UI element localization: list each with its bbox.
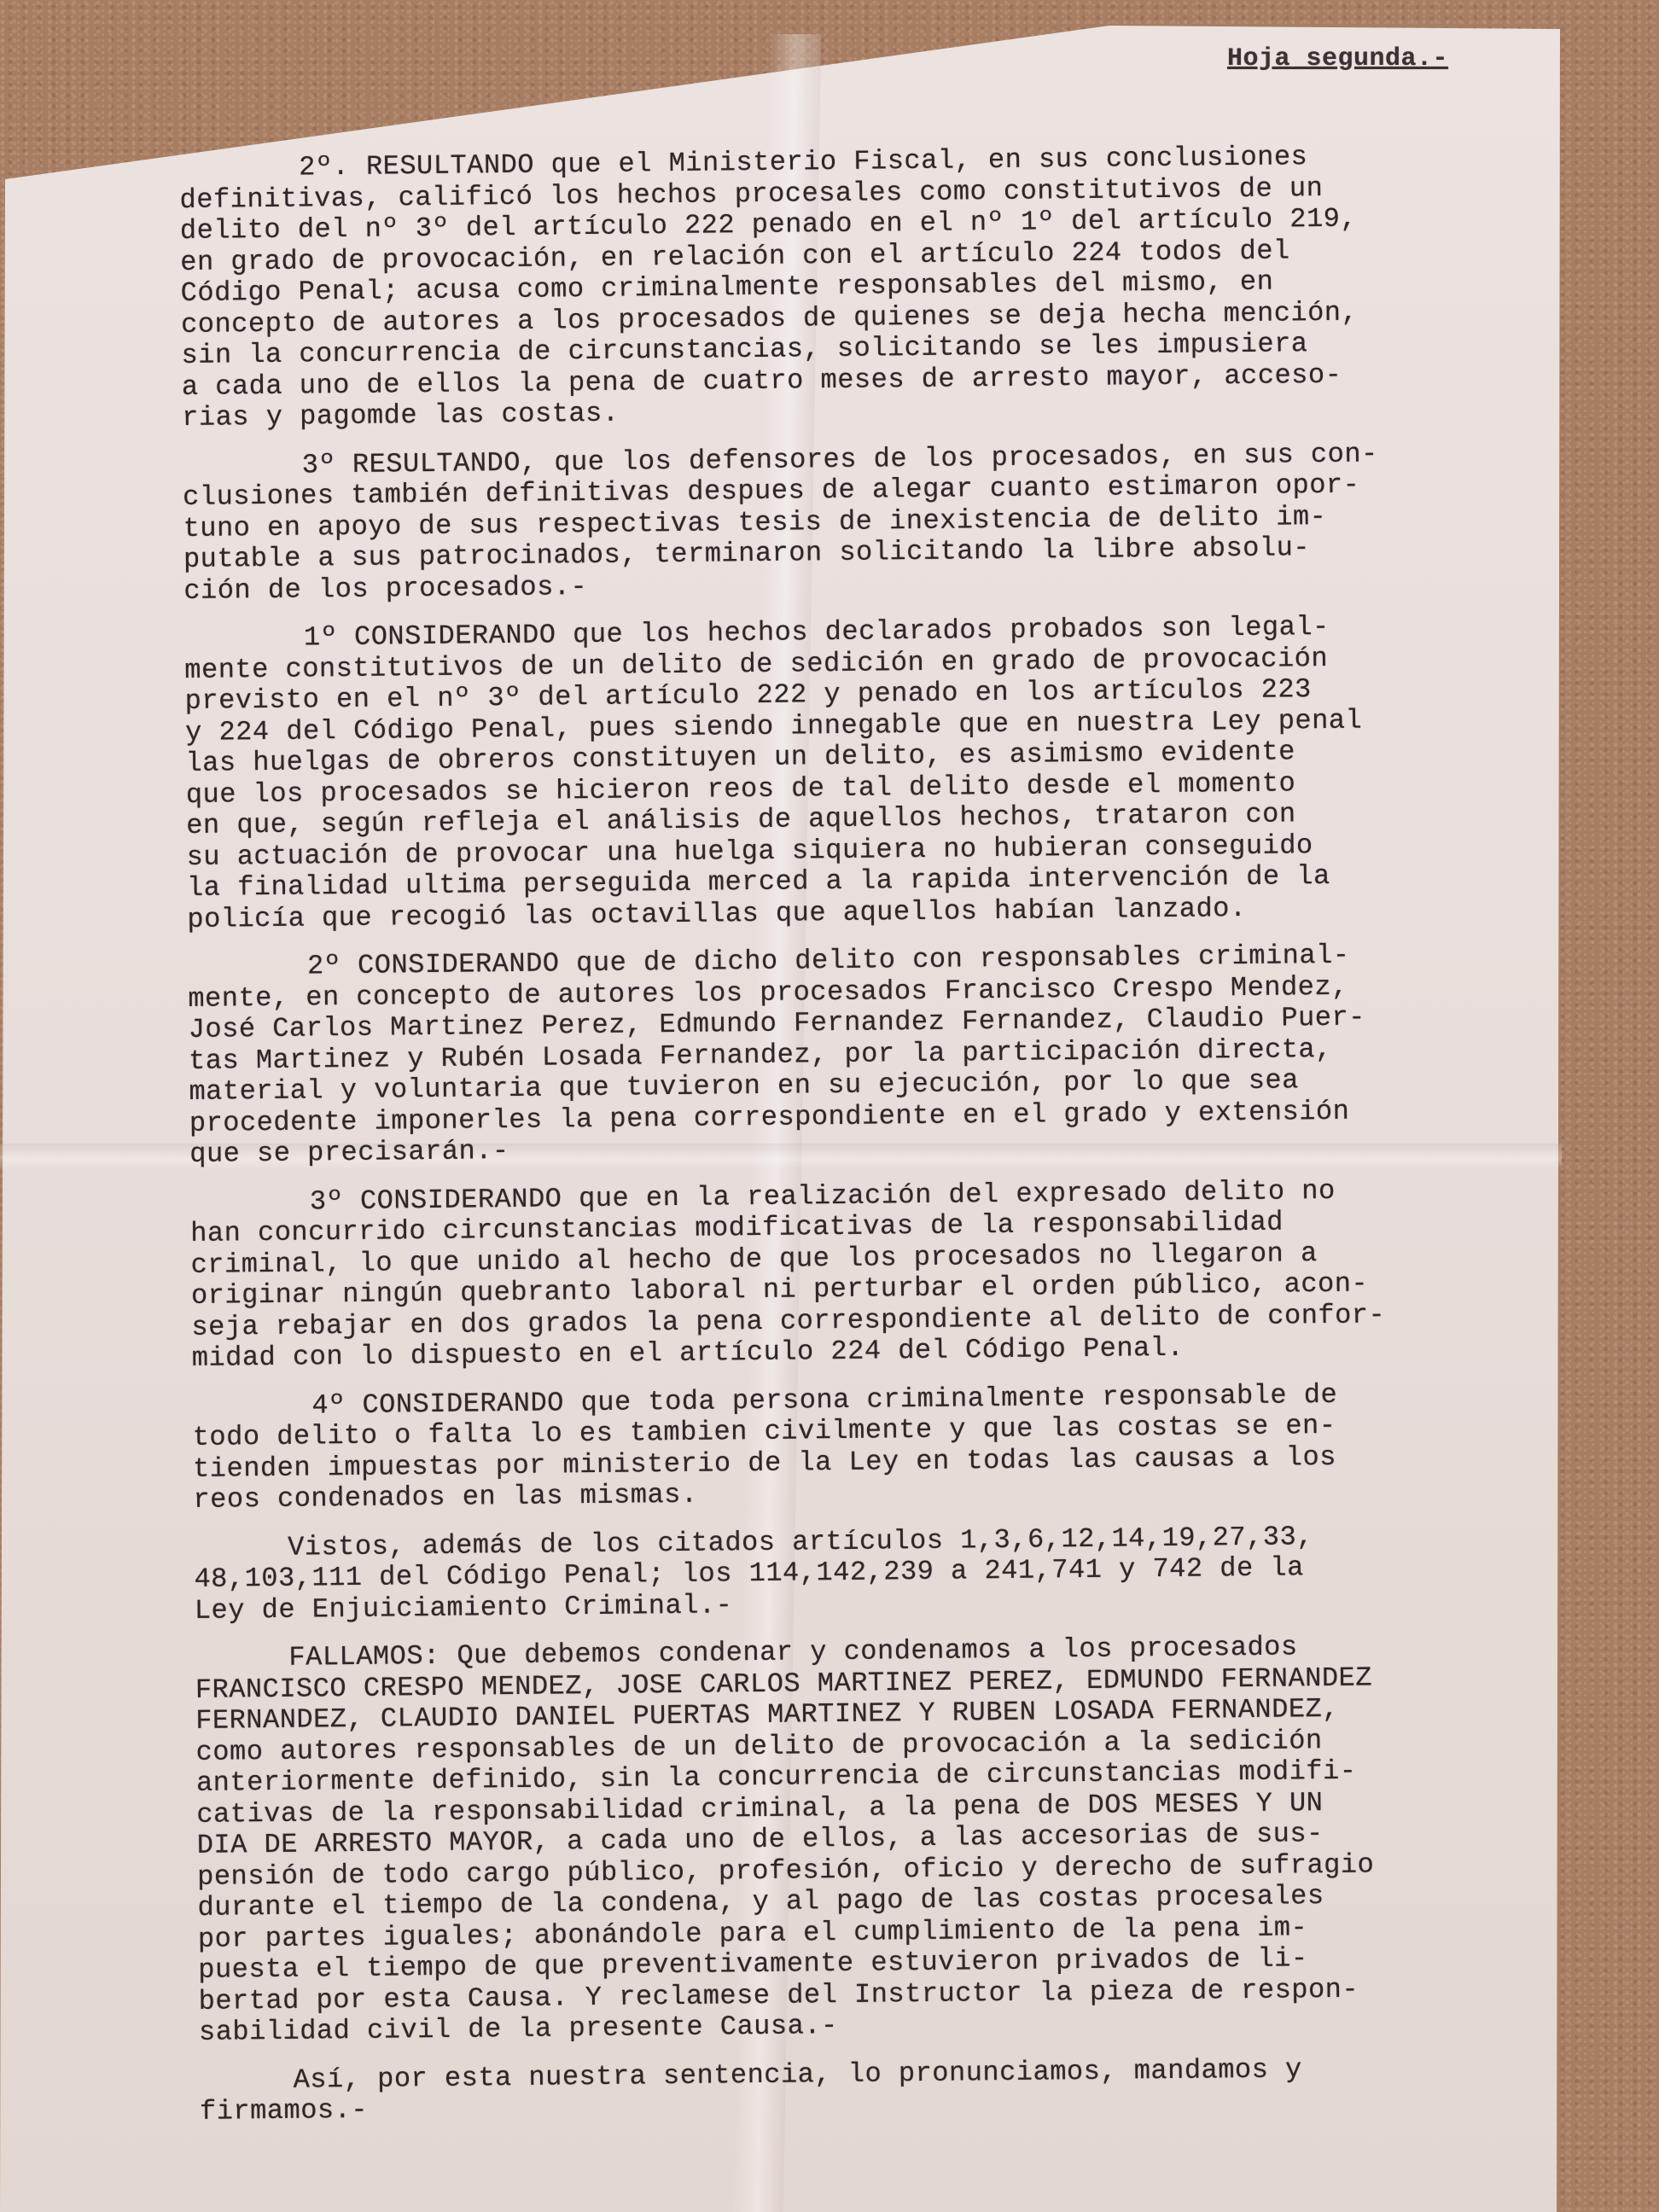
paragraph-considerando-2: 2º CONSIDERANDO que de dicho delito con … — [188, 938, 1556, 1170]
paragraph-considerando-3: 3º CONSIDERANDO que en la realización de… — [190, 1173, 1557, 1375]
paragraph-considerando-4: 4º CONSIDERANDO que toda persona crimina… — [192, 1377, 1558, 1516]
paragraph-resultando-3: 3º RESULTANDO, que los defensores de los… — [183, 437, 1550, 607]
document-body: 2º. RESULTANDO que el Ministerio Fiscal,… — [179, 139, 1565, 2145]
paragraph-cierre: Así, por esta nuestra sentencia, lo pron… — [199, 2052, 1565, 2128]
paragraph-considerando-1: 1º CONSIDERANDO que los hechos declarado… — [184, 609, 1553, 935]
sheet-label: Hoja segunda.- — [1227, 44, 1448, 73]
paragraph-vistos: Vistos, además de los citados artículos … — [194, 1519, 1560, 1627]
paragraph-resultando-2: 2º. RESULTANDO que el Ministerio Fiscal,… — [179, 139, 1547, 434]
paragraph-fallamos: FALLAMOS: Que debemos condenar y condena… — [195, 1629, 1564, 2048]
